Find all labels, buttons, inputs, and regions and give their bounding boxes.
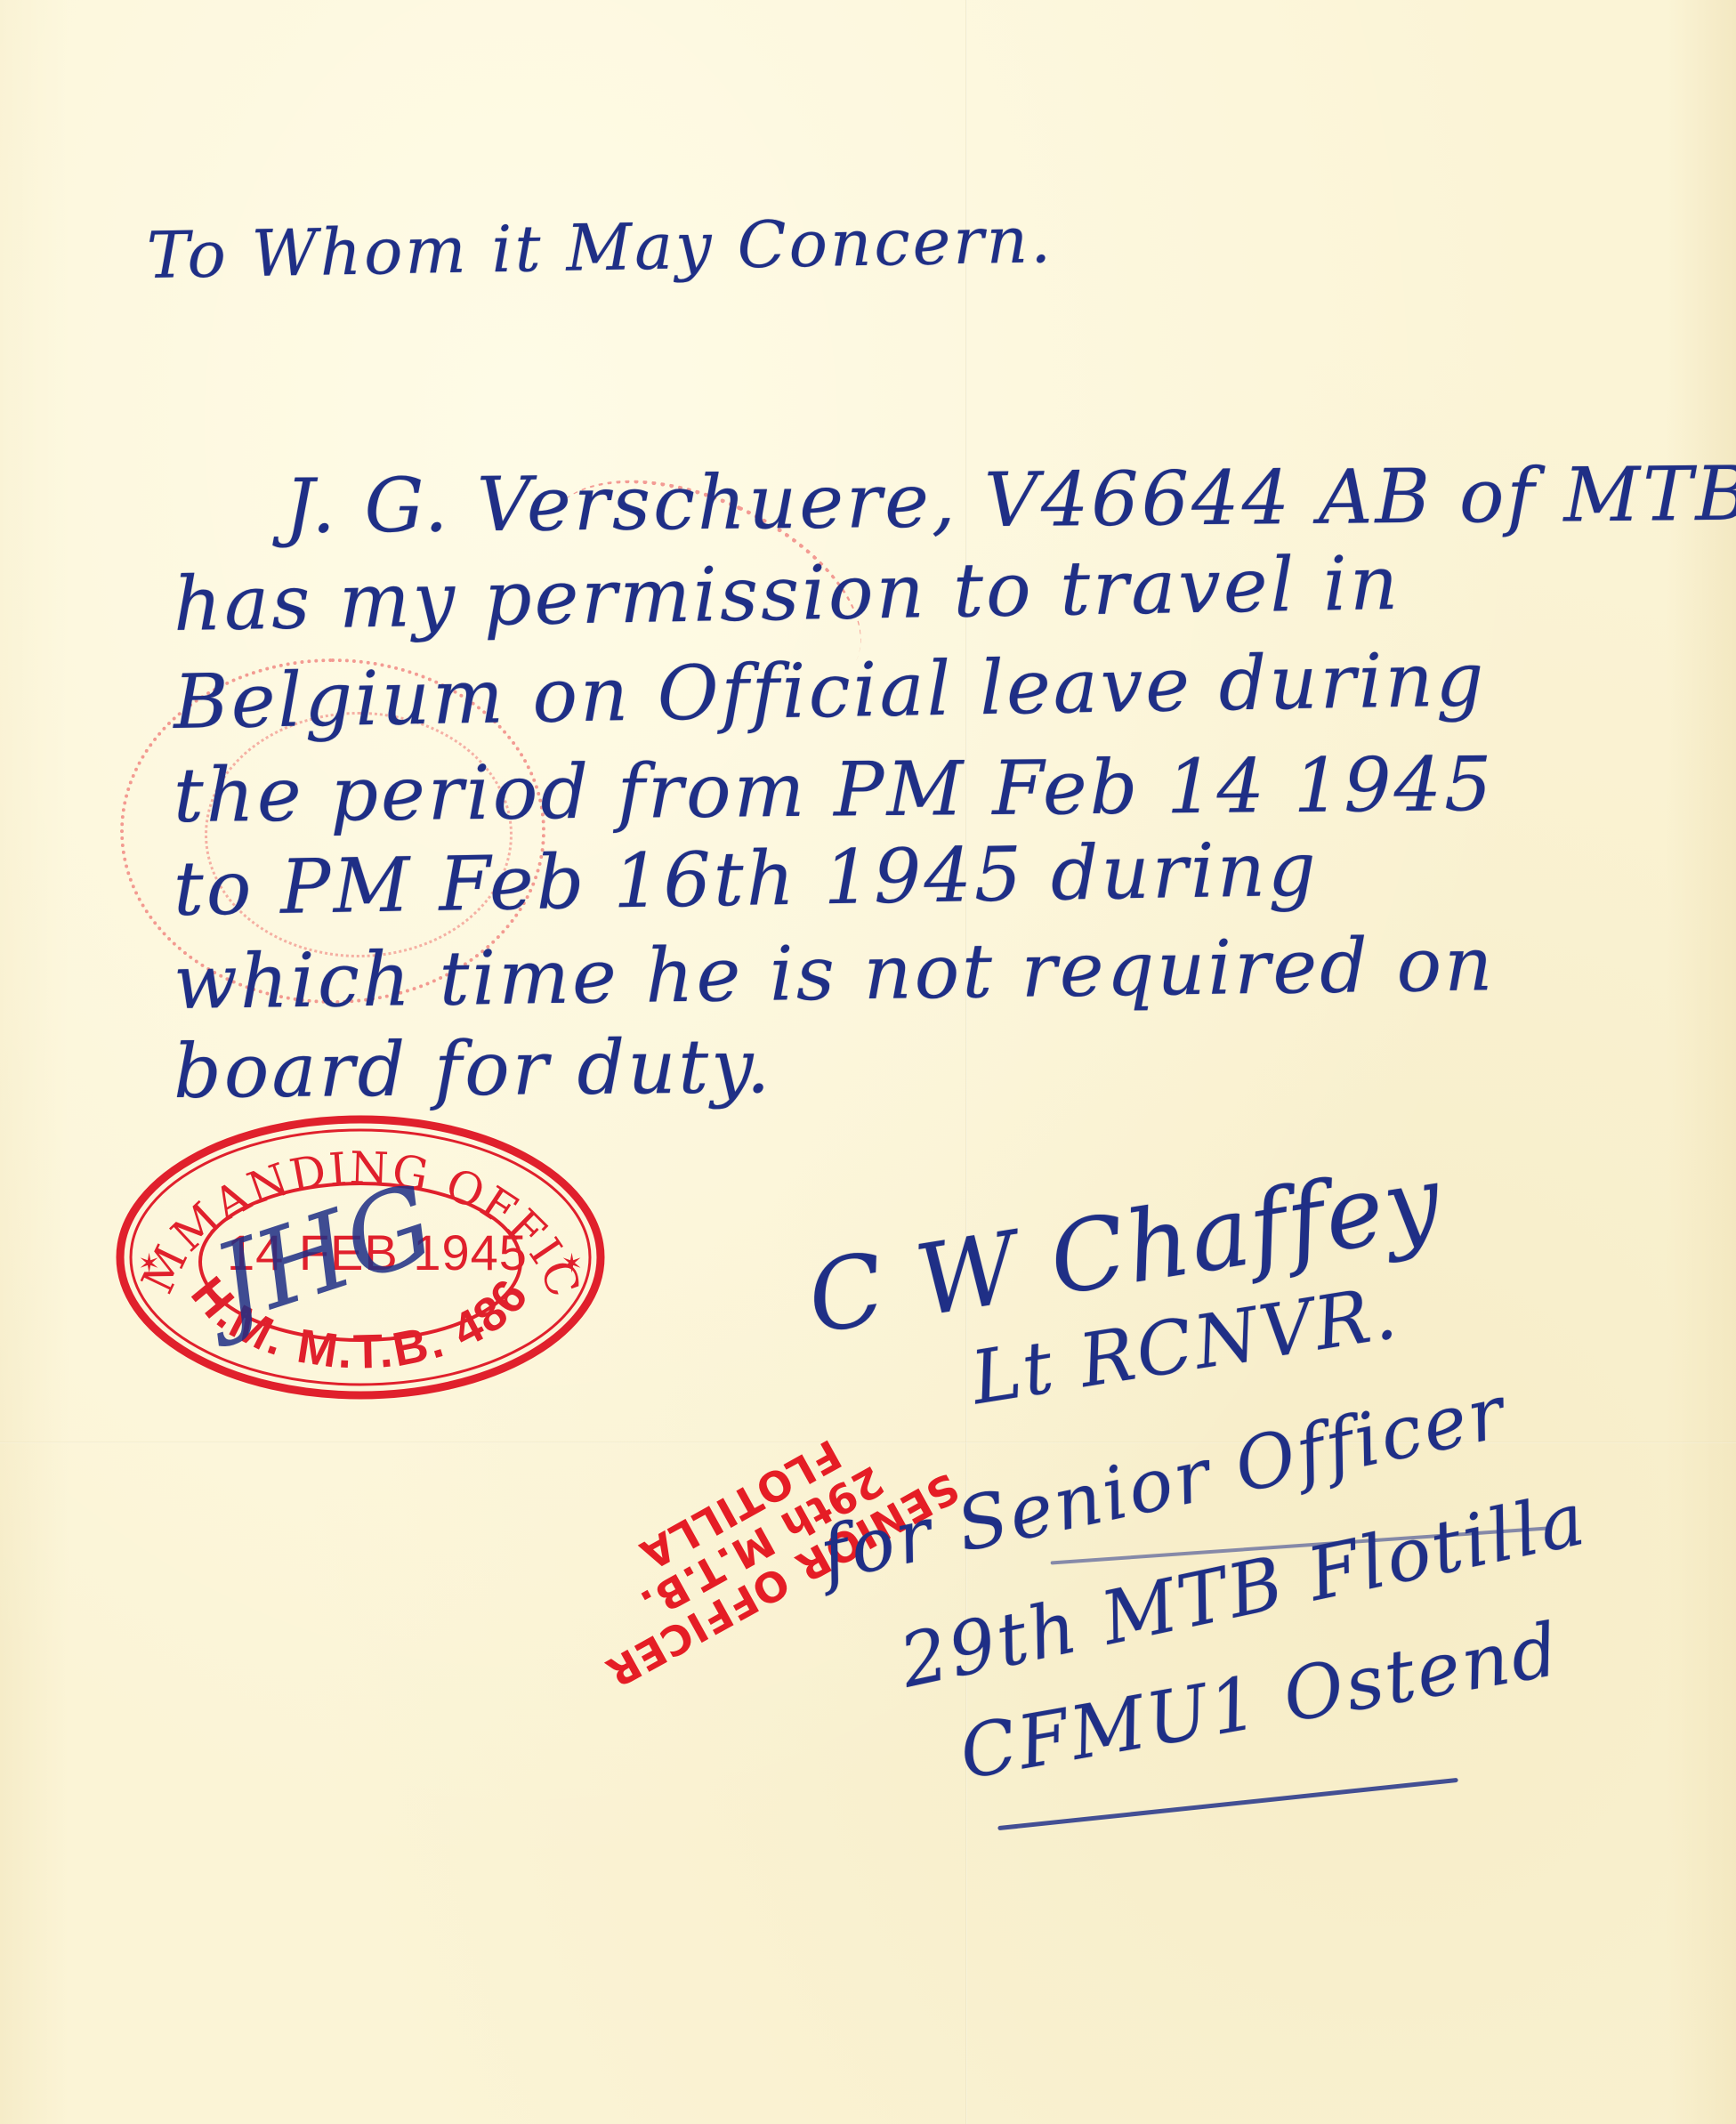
svg-text:✶: ✶ (138, 1248, 160, 1280)
letter-greeting: To Whom it May Concern. (146, 202, 1054, 293)
body-line-duty: board for duty. (174, 1022, 773, 1115)
body-line-sailor-id: J. G. Verschuere, V46644 AB of MTB 491 (285, 448, 1736, 550)
body-line-not-required: which time he is not required on (173, 920, 1496, 1026)
body-line-permission: has my permission to travel in (173, 539, 1401, 648)
body-line-location: Belgium on Official leave during (173, 635, 1487, 746)
vertical-fold-crease (965, 0, 967, 2124)
letter-paper: To Whom it May Concern. J. G. Verschuere… (0, 0, 1736, 2124)
signature-underline (997, 1778, 1458, 1830)
body-line-start-date: the period from PM Feb 14 1945 (174, 740, 1495, 839)
svg-text:✶: ✶ (561, 1248, 583, 1280)
